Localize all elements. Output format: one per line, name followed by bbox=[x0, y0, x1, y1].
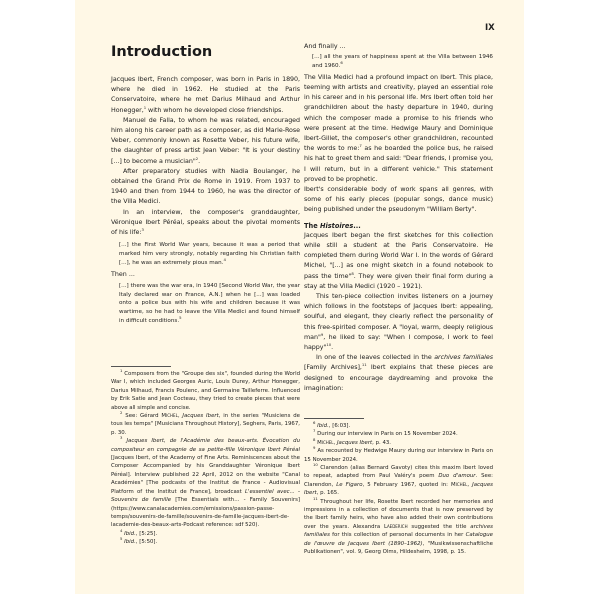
section-heading-histoires: The Histoires... bbox=[304, 221, 493, 231]
paragraph-villa: The Villa Medici had a profound impact o… bbox=[304, 73, 493, 185]
and-finally-text: And finally ... bbox=[304, 42, 493, 52]
quote-happiness: [...] all the years of happiness spent a… bbox=[312, 53, 493, 71]
footnote-6: 6 Ibid., [6:03]. bbox=[304, 422, 493, 430]
paragraph-archives: In one of the leaves collected in the ar… bbox=[304, 353, 493, 394]
footnote-11: 11 Throughout her life, Rosette Ibert re… bbox=[304, 498, 493, 557]
paragraph-collection: This ten-piece collection invites listen… bbox=[304, 292, 493, 353]
paragraph-rome: After preparatory studies with Nadia Bou… bbox=[111, 167, 300, 208]
footnote-9: 9 As recounted by Hedwige Maury during o… bbox=[304, 447, 493, 464]
then-text: Then ... bbox=[111, 270, 300, 280]
footnote-ref[interactable]: 4 bbox=[223, 257, 225, 262]
paragraph-sketches: Jacques Ibert began the first sketches f… bbox=[304, 231, 493, 292]
footnote-ref[interactable]: 5 bbox=[179, 315, 181, 320]
footnote-divider bbox=[304, 418, 364, 419]
page-number: IX bbox=[485, 23, 495, 33]
footnote-ref[interactable]: 6 bbox=[340, 60, 342, 65]
right-body: And finally ... [...] all the years of h… bbox=[304, 42, 493, 394]
footnote-divider bbox=[111, 366, 171, 367]
left-body: Jacques Ibert, French composer, was born… bbox=[111, 75, 300, 326]
footnote-3: 3 Jacques Ibert, de l'Académie des beaux… bbox=[111, 437, 300, 529]
paragraph-falla: Manuel de Falla, to whom he was related,… bbox=[111, 116, 300, 167]
left-footnotes: 1 Composers from the "Groupe des six", f… bbox=[111, 366, 300, 547]
footnote-ref[interactable]: 3 bbox=[141, 227, 143, 232]
right-footnotes: 6 Ibid., [6:03]. 7 During our interview … bbox=[304, 418, 493, 557]
footnote-5: 5 Ibid., [5:50]. bbox=[111, 538, 300, 546]
quote-first-war: [...] the First World War years, because… bbox=[119, 241, 300, 267]
footnote-10: 10 Clarendon (alias Bernard Gavoty) cite… bbox=[304, 464, 493, 498]
footnote-4: 4 Ibid., [5:25]. bbox=[111, 530, 300, 538]
paragraph-works: Ibert's considerable body of work spans … bbox=[304, 185, 493, 216]
paragraph-interview: In an interview, the composer's granddau… bbox=[111, 208, 300, 239]
footnote-2: 2 See: Gérard Michel, Jacques Ibert, in … bbox=[111, 412, 300, 437]
paragraph-intro: Jacques Ibert, French composer, was born… bbox=[111, 75, 300, 116]
quote-war-era: [...] there was the war era, in 1940 [Se… bbox=[119, 282, 300, 326]
page-title: Introduction bbox=[111, 44, 212, 60]
footnote-8: 8 Michel, Jacques Ibert, p. 43. bbox=[304, 439, 493, 447]
footnote-1: 1 Composers from the "Groupe des six", f… bbox=[111, 370, 300, 412]
footnote-7: 7 During our interview in Paris on 15 No… bbox=[304, 430, 493, 438]
